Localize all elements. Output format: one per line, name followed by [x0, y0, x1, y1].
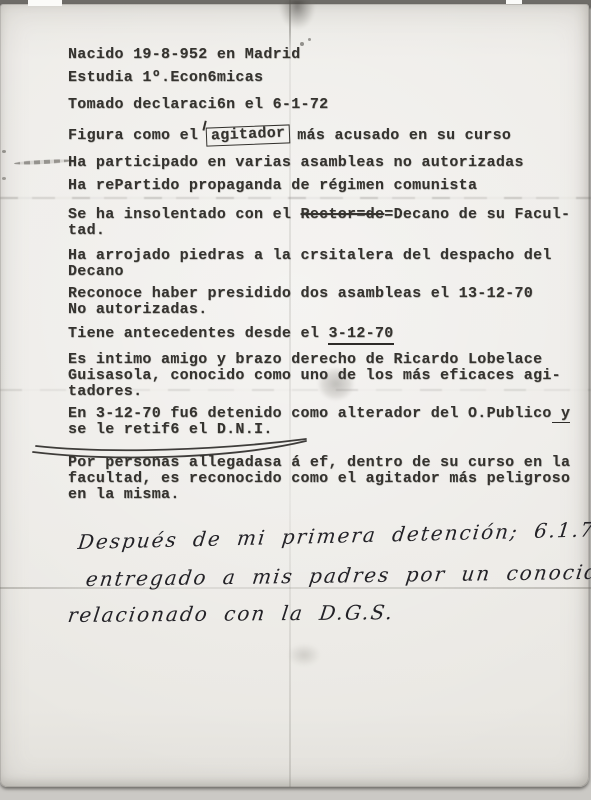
typed-line-peligroso-3: en la misma. [68, 487, 180, 503]
typed-line-reconoce-1: Reconoce haber presidido dos asambleas e… [68, 286, 533, 302]
typed-line-piedras-1: Ha arrojado piedras a la crsitalera del … [68, 248, 552, 264]
typed-line-peligroso-2: facultad, es reconocido como el agitador… [68, 471, 570, 487]
typed-line-peligroso-1: Por personas allegadasa á ef, dentro de … [68, 455, 570, 471]
underline-annotation-y: y [552, 405, 571, 423]
typed-line-amigo-2: Guisasola, conocido como uno de los más … [68, 368, 561, 384]
torn-edge-notch [506, 0, 522, 4]
typed-line-detenido-2: se le retif6 el D.N.I. [68, 422, 273, 438]
figura-pre: Figura como el [68, 127, 208, 144]
typed-line-reconoce-2: No autorizadas. [68, 302, 208, 318]
typed-line-antecedentes: Tiene antecedentes desde el 3-12-70 [68, 326, 394, 342]
handdrawn-box-agitador: agitador [205, 124, 290, 146]
typed-line-participado: Ha participado en varias asambleas no au… [68, 155, 524, 171]
insolentado-post: =Decano de su Facul- [384, 206, 570, 223]
underline-annotation-date: 3-12-70 [328, 325, 393, 345]
insolentado-pre: Se ha insolentado con el [68, 206, 301, 223]
typed-line-amigo-3: tadores. [68, 384, 142, 400]
typed-line-piedras-2: Decano [68, 264, 124, 280]
scanned-document: Nacido 19-8-952 en Madrid Estudia 1º.Eco… [0, 0, 591, 800]
typed-line-studies: Estudia 1º.Econ6micas [68, 70, 263, 86]
typed-line-propaganda: Ha rePartido propaganda de régimen comun… [68, 178, 477, 194]
typed-line-declaration: Tomado declaraci6n el 6-1-72 [68, 97, 328, 113]
detenido-text: En 3-12-70 fu6 detenido como alterador d… [68, 405, 552, 422]
typed-line-amigo-1: Es intimo amigo y brazo derecho de Ricar… [68, 352, 542, 368]
torn-edge-notch [28, 0, 62, 6]
typed-line-figura: Figura como el agitador más acusado en s… [68, 127, 511, 146]
typed-line-insolentado: Se ha insolentado con el Rector=de=Decan… [68, 207, 570, 223]
figura-post: más acusado en su curso [288, 127, 511, 144]
handwritten-note-line-3: relacionado con la D.G.S. [66, 600, 395, 627]
typed-line-detenido-1: En 3-12-70 fu6 detenido como alterador d… [68, 406, 570, 422]
typed-line-insolentado-2: tad. [68, 223, 105, 239]
strikethrough-rector: Rector=de [301, 206, 385, 223]
typed-line-born: Nacido 19-8-952 en Madrid [68, 47, 301, 63]
antecedentes-pre: Tiene antecedentes desde el [68, 325, 328, 342]
